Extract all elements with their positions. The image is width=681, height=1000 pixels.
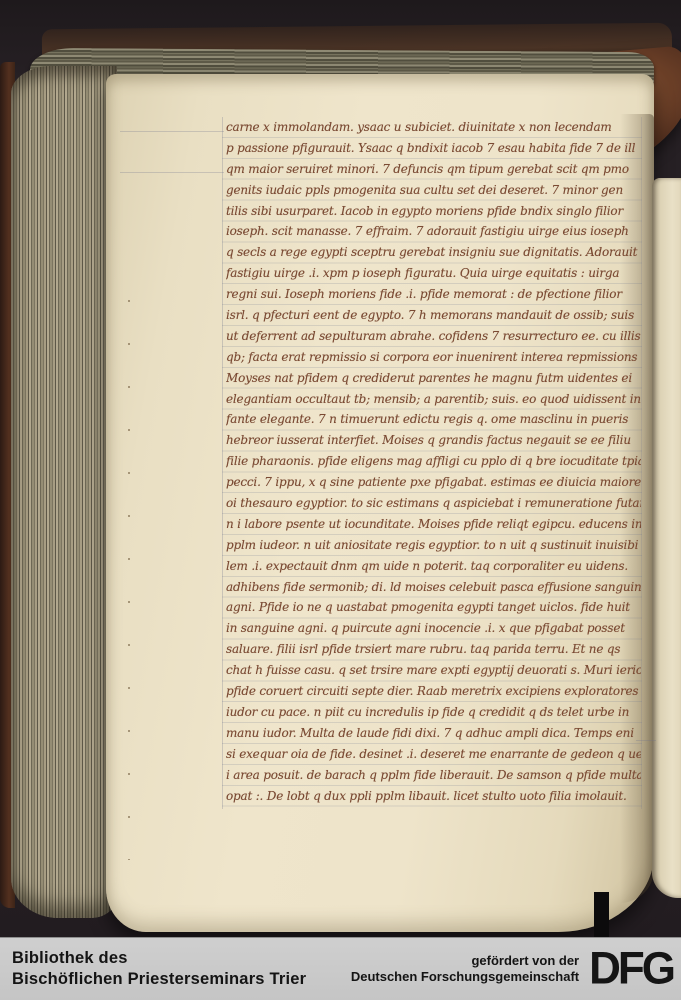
manuscript-line: Moyses nat pfidem q crediderut parentes … [226, 368, 641, 389]
facing-page-sliver [652, 178, 681, 898]
manuscript-line: fante elegante. 7 n timuerunt edictu reg… [226, 409, 641, 430]
dfg-logo: DFG [589, 940, 673, 998]
manuscript-line: iudor cu pace. n piit cu incredulis ip f… [226, 702, 641, 723]
funding-credit-line2: Deutschen Forschungsgemeinschaft [351, 969, 579, 986]
manuscript-line: qm maior seruiret minori. 7 defuncis qm … [226, 159, 641, 180]
manuscript-line: lem .i. expectauit dnm qm uide n poterit… [226, 556, 641, 577]
ruling-prick-marks [128, 300, 130, 860]
library-name-line1: Bibliothek des [12, 948, 306, 969]
manuscript-line: saluare. filii isrl pfide trsiert mare r… [226, 639, 641, 660]
funding-credit: gefördert von der Deutschen Forschungsge… [351, 953, 579, 986]
manuscript-line: pplm iudeor. n uit aniositate regis egyp… [226, 535, 641, 556]
manuscript-line: hebreor iusserat interfiet. Moises q gra… [226, 430, 641, 451]
manuscript-line: opat :. De lobt q dux ppli pplm libauit.… [226, 786, 641, 807]
manuscript-line: genits iudaic ppls pmogenita sua cultu s… [226, 180, 641, 201]
manuscript-line: fastigiu uirge .i. xpm p ioseph figuratu… [226, 263, 641, 284]
library-name: Bibliothek des Bischöflichen Priestersem… [12, 948, 306, 990]
manuscript-text-block: carne x immolandam. ysaac u subiciet. di… [222, 117, 642, 809]
manuscript-line: chat h fuisse casu. q set trsire mare ex… [226, 660, 641, 681]
manuscript-line: q secls a rege egypti sceptru gerebat in… [226, 242, 641, 263]
manuscript-line: pecci. 7 ippu, x q sine patiente pxe pfi… [226, 472, 641, 493]
manuscript-line: elegantiam occultaut tb; mensib; a paren… [226, 389, 641, 410]
manuscript-line: si exequar oia de fide. desinet .i. dese… [226, 744, 641, 765]
page-edges-left-stack [11, 66, 117, 918]
manuscript-line: pfide coruert circuiti septe dier. Raab … [226, 681, 641, 702]
manuscript-line: filie pharaonis. pfide eligens mag affli… [226, 451, 641, 472]
funding-credit-line1: gefördert von der [351, 953, 579, 970]
manuscript-line: tilis sibi usurparet. Iacob in egypto mo… [226, 201, 641, 222]
library-name-line2: Bischöflichen Priesterseminars Trier [12, 969, 306, 990]
manuscript-line: regni sui. Ioseph moriens fide .i. pfide… [226, 284, 641, 305]
library-credit-banner: Bibliothek des Bischöflichen Priestersem… [0, 937, 681, 1000]
manuscript-line: isrl. q pfecturi eent de egypto. 7 h mem… [226, 305, 641, 326]
manuscript-line: n i labore psente ut iocunditate. Moises… [226, 514, 641, 535]
manuscript-line: qb; facta erat repmissio si corpora eor … [226, 347, 641, 368]
scanned-book-photograph: carne x immolandam. ysaac u subiciet. di… [0, 0, 681, 1000]
manuscript-line: ioseph. scit manasse. 7 effraim. 7 adora… [226, 221, 641, 242]
manuscript-line: adhibens fide sermonib; di. ld moises ce… [226, 577, 641, 598]
book-cradle-bar [594, 892, 609, 940]
margin-ruling-line [120, 172, 224, 173]
manuscript-line: manu iudor. Multa de laude fidi dixi. 7 … [226, 723, 641, 744]
manuscript-line: oi thesauro egyptior. to sic estimans q … [226, 493, 641, 514]
manuscript-line: agni. Pfide io ne q uastabat pmogenita e… [226, 597, 641, 618]
manuscript-line: i area posuit. de barach q pplm fide lib… [226, 765, 641, 786]
manuscript-line: in sanguine agni. q puircute agni inocen… [226, 618, 641, 639]
manuscript-line: p passione pfigurauit. Ysaac q bndixit i… [226, 138, 641, 159]
margin-ruling-line [120, 131, 224, 132]
manuscript-line: ut deferrent ad sepulturam abrahe. cofid… [226, 326, 641, 347]
manuscript-line: carne x immolandam. ysaac u subiciet. di… [226, 117, 641, 138]
